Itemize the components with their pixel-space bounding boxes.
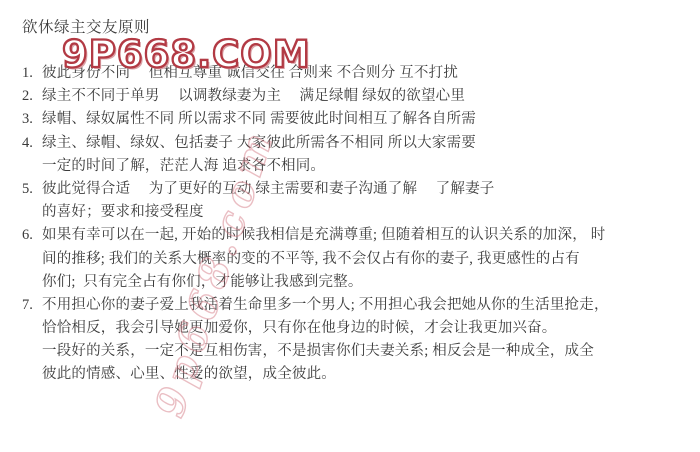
list-item: 3. 绿帽、绿奴属性不同 所以需求不同 需要彼此时间相互了解各自所需 xyxy=(22,108,682,131)
list-item-continuation: 你们; 只有完全占有你们，才能够让我感到完整。 xyxy=(22,271,682,294)
item-number: 1. xyxy=(22,62,42,85)
item-number xyxy=(22,363,42,386)
item-number: 4. xyxy=(22,132,42,155)
item-number xyxy=(22,248,42,271)
item-text: 一段好的关系，一定不是互相伤害，不是损害你们夫妻关系; 相反会是一种成全，成全 xyxy=(42,340,682,363)
list-item: 5. 彼此觉得合适 为了更好的互动 绿主需要和妻子沟通了解 了解妻子 xyxy=(22,178,682,201)
item-text: 一定的时间了解，茫茫人海 追求各不相同。 xyxy=(42,155,682,178)
list-item: 7. 不用担心你的妻子爱上我活着生命里多一个男人; 不用担心我会把她从你的生活里… xyxy=(22,294,682,317)
item-number: 6. xyxy=(22,224,42,247)
item-number xyxy=(22,317,42,340)
item-text: 恰恰相反，我会引导她更加爱你，只有你在他身边的时候，才会让我更加兴奋。 xyxy=(42,317,682,340)
item-text: 的喜好；要求和接受程度 xyxy=(42,201,682,224)
list-item-continuation: 彼此的情感、心里、性爱的欲望，成全彼此。 xyxy=(22,363,682,386)
list-item-continuation: 一段好的关系，一定不是互相伤害，不是损害你们夫妻关系; 相反会是一种成全，成全 xyxy=(22,340,682,363)
list-item: 6. 如果有幸可以在一起, 开始的时候我相信是充满尊重; 但随着相互的认识关系的… xyxy=(22,224,682,247)
item-number xyxy=(22,340,42,363)
item-text: 绿主不不同于单男 以调教绿妻为主 满足绿帽 绿奴的欲望心里 xyxy=(42,85,682,108)
item-number: 7. xyxy=(22,294,42,317)
document-page: 欲休绿主交友原则 9P668.COM 9p668.com 1. 彼此身份不同 但… xyxy=(0,0,700,452)
list-item: 2. 绿主不不同于单男 以调教绿妻为主 满足绿帽 绿奴的欲望心里 xyxy=(22,85,682,108)
item-text: 间的推移; 我们的关系大概率的变的不平等, 我不会仅占有你的妻子, 我更感性的占… xyxy=(42,248,682,271)
item-text: 不用担心你的妻子爱上我活着生命里多一个男人; 不用担心我会把她从你的生活里抢走， xyxy=(42,294,682,317)
item-text: 彼此的情感、心里、性爱的欲望，成全彼此。 xyxy=(42,363,682,386)
item-text: 绿主、绿帽、绿奴、包括妻子 大家彼此所需各不相同 所以大家需要 xyxy=(42,132,682,155)
item-number xyxy=(22,155,42,178)
item-text: 你们; 只有完全占有你们，才能够让我感到完整。 xyxy=(42,271,682,294)
list-item-continuation: 一定的时间了解，茫茫人海 追求各不相同。 xyxy=(22,155,682,178)
item-number: 5. xyxy=(22,178,42,201)
item-number xyxy=(22,271,42,294)
item-text: 彼此觉得合适 为了更好的互动 绿主需要和妻子沟通了解 了解妻子 xyxy=(42,178,682,201)
item-number: 2. xyxy=(22,85,42,108)
list-item-continuation: 的喜好；要求和接受程度 xyxy=(22,201,682,224)
list-item: 4. 绿主、绿帽、绿奴、包括妻子 大家彼此所需各不相同 所以大家需要 xyxy=(22,132,682,155)
item-text: 绿帽、绿奴属性不同 所以需求不同 需要彼此时间相互了解各自所需 xyxy=(42,108,682,131)
item-text: 如果有幸可以在一起, 开始的时候我相信是充满尊重; 但随着相互的认识关系的加深，… xyxy=(42,224,682,247)
principles-list: 1. 彼此身份不同 但相互尊重 诚信交往 合则来 不合则分 互不打扰 2. 绿主… xyxy=(22,62,682,387)
site-watermark: 9P668.COM xyxy=(62,33,311,76)
item-number xyxy=(22,201,42,224)
item-number: 3. xyxy=(22,108,42,131)
list-item-continuation: 间的推移; 我们的关系大概率的变的不平等, 我不会仅占有你的妻子, 我更感性的占… xyxy=(22,248,682,271)
list-item-continuation: 恰恰相反，我会引导她更加爱你，只有你在他身边的时候，才会让我更加兴奋。 xyxy=(22,317,682,340)
